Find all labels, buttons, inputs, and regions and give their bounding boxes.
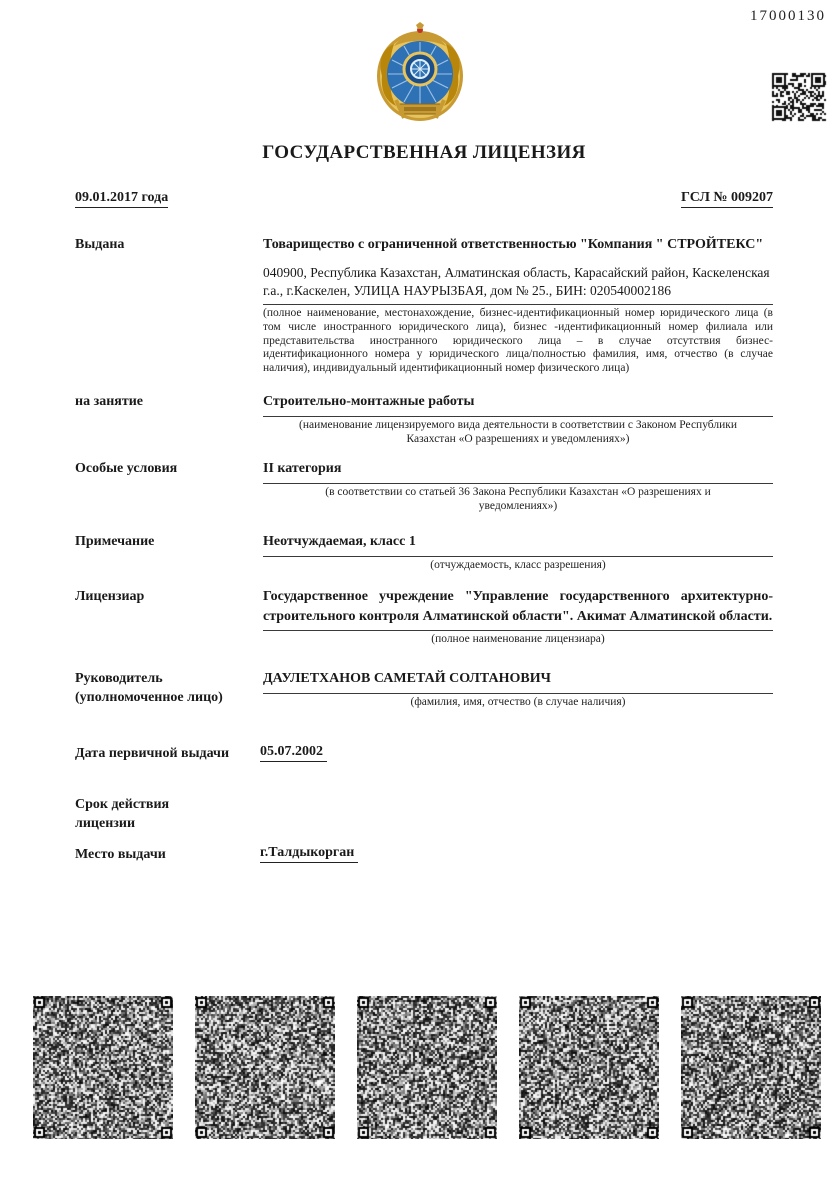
field-label: Руководитель (уполномоченное лицо) — [75, 669, 263, 707]
field-first-issue-date: Дата первичной выдачи 05.07.2002 — [75, 744, 773, 763]
field-special-conditions: Особые условия II категория (в соответст… — [75, 459, 773, 513]
barcode-stamp-5 — [681, 996, 821, 1139]
head-name: ДАУЛЕТХАНОВ САМЕТАЙ СОЛТАНОВИЧ — [263, 669, 773, 694]
field-issue-place: Место выдачи г.Талдыкорган — [75, 845, 773, 864]
field-licensor: Лицензиар Государственное учреждение "Уп… — [75, 587, 773, 648]
field-label: Лицензиар — [75, 587, 263, 606]
field-caption: (наименование лицензируемого вида деятел… — [263, 419, 773, 447]
licensor-value: Государственное учреждение "Управление г… — [263, 587, 773, 632]
barcode-stamp-1 — [33, 996, 173, 1139]
kazakhstan-emblem-icon — [374, 22, 466, 124]
field-label: Выдана — [75, 235, 263, 254]
license-document: 17000130 ГОСУДАРСТВЕННАЯ ЛИЦЕНЗИЯ — [0, 0, 836, 1181]
field-caption: (в соответствии со статьей 36 Закона Рес… — [263, 486, 773, 514]
field-issued-to: Выдана Товарищество с ограниченной ответ… — [75, 235, 773, 376]
field-caption: (полное наименование, местонахождение, б… — [263, 307, 773, 376]
license-number: ГСЛ № 009207 — [681, 190, 773, 208]
barcode-stamp-4 — [519, 996, 659, 1139]
special-conditions-value: II категория — [263, 459, 773, 484]
activity-value: Строительно-монтажные работы — [263, 392, 773, 417]
field-label: Примечание — [75, 532, 263, 551]
field-caption: (фамилия, имя, отчество (в случае наличи… — [263, 696, 773, 710]
company-name: Товарищество с ограниченной ответственно… — [263, 235, 773, 255]
field-head: Руководитель (уполномоченное лицо) ДАУЛЕ… — [75, 669, 773, 710]
license-body: ГОСУДАРСТВЕННАЯ ЛИЦЕНЗИЯ 09.01.2017 года… — [75, 142, 773, 865]
qr-code-icon — [770, 71, 827, 122]
issue-place-value: г.Талдыкорган — [260, 845, 358, 863]
field-label: Срок действия лицензии — [75, 795, 263, 833]
security-stamps-row — [33, 996, 821, 1139]
note-value: Неотчуждаемая, класс 1 — [263, 532, 773, 557]
serial-number: 17000130 — [750, 8, 826, 25]
field-caption: (отчуждаемость, класс разрешения) — [263, 559, 773, 573]
field-label: Особые условия — [75, 459, 263, 478]
company-address: 040900, Республика Казахстан, Алматинска… — [263, 264, 773, 305]
field-label: на занятие — [75, 392, 263, 411]
barcode-stamp-2 — [195, 996, 335, 1139]
field-caption: (полное наименование лицензиара) — [263, 633, 773, 647]
document-title: ГОСУДАРСТВЕННАЯ ЛИЦЕНЗИЯ — [75, 142, 773, 164]
field-label: Место выдачи — [75, 845, 260, 864]
meta-row: 09.01.2017 года ГСЛ № 009207 — [75, 190, 773, 208]
field-activity: на занятие Строительно-монтажные работы … — [75, 392, 773, 446]
barcode-stamp-3 — [357, 996, 497, 1139]
field-note: Примечание Неотчуждаемая, класс 1 (отчуж… — [75, 532, 773, 573]
field-validity: Срок действия лицензии — [75, 795, 773, 833]
field-label: Дата первичной выдачи — [75, 744, 260, 763]
issue-date: 09.01.2017 года — [75, 190, 168, 208]
first-issue-date-value: 05.07.2002 — [260, 744, 327, 762]
